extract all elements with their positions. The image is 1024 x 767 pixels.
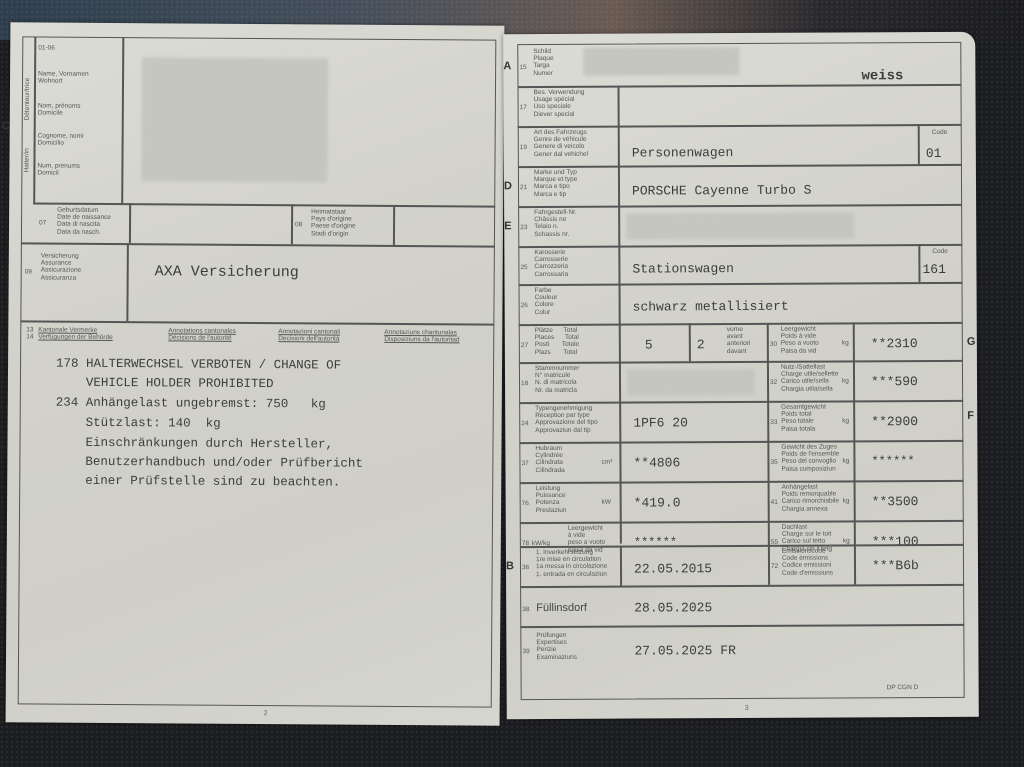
annotation-line: 234 Anhängelast ungebremst: 750 kg: [56, 396, 326, 412]
empty-weight-labels: Leergewicht Poids à vide Peso a vuoto Pa…: [781, 326, 819, 355]
vehicle-type-code: 19: [520, 144, 527, 151]
towing-load-labels: Anhängelast Poids remorquable Carico rim…: [782, 483, 840, 512]
total-weight-value: **2900: [871, 414, 918, 429]
marker-b: B: [506, 560, 514, 572]
body-code-value: 161: [922, 262, 945, 277]
special-use-code: 17: [520, 104, 527, 111]
footer-code: DP CGN D: [887, 684, 919, 691]
body-code-label: Code: [932, 248, 948, 255]
payload-code: 32: [770, 379, 777, 386]
type-approval-labels: Typengenehmigung Réception par type Appr…: [535, 405, 598, 434]
divider: [393, 205, 395, 245]
displacement-unit: cm³: [601, 459, 612, 466]
holder-label-rm: Num, prenums Domicil: [37, 162, 80, 177]
holder-label-fr: Nom, prénoms Domicile: [38, 102, 81, 117]
power-unit: kW: [602, 499, 611, 506]
divider: [918, 124, 920, 164]
page-number-left: 2: [264, 710, 268, 717]
total-weight-code: 33: [770, 419, 777, 426]
power-weight-value: ******: [634, 535, 677, 549]
empty-weight-code: 30: [770, 341, 777, 348]
make-model-code: 21: [520, 184, 527, 191]
annotations-header-de: Kantonale Vermerke Verfügungen der Behör…: [38, 326, 113, 341]
power-value: *419.0: [634, 495, 681, 510]
divider: [620, 546, 622, 586]
color-value: schwarz metallisiert: [633, 299, 789, 315]
divider: [918, 244, 920, 282]
annotation-line: Einschränkungen durch Hersteller,: [55, 436, 333, 452]
vehicle-type-labels: Art des Fahrzeugs Genre de véhicule Gene…: [534, 129, 588, 158]
holder-vertical-label: Halter/in: [23, 148, 30, 172]
annotation-line: einer Prüfstelle sind zu beachten.: [55, 474, 340, 490]
inspections-value: 27.05.2025 FR: [634, 643, 735, 659]
chassis-labels: Fahrgestell-Nr. Châssis no Telaio n. Sch…: [534, 209, 577, 238]
emission-code-labels: Emissionscode Code émissions Codice emis…: [782, 548, 833, 577]
first-registration-value: 22.05.2015: [634, 561, 712, 576]
payload-value: ***590: [871, 374, 918, 389]
type-approval-code: 24: [521, 420, 528, 427]
inspections-labels: Prüfungen Expertises Perizie Examinaziun…: [536, 632, 577, 661]
divider: [291, 204, 293, 244]
master-number-redacted: [627, 369, 755, 396]
empty-weight-unit: kg: [842, 339, 849, 346]
body-code: 25: [520, 264, 527, 271]
marker-g: G: [967, 336, 976, 348]
holder-label-de: Name, Vornamen Wohnort: [38, 70, 89, 85]
displacement-value: **4806: [633, 455, 680, 470]
payload-labels: Nutz-/Sattellast Charge utile/sellette C…: [781, 363, 839, 392]
power-code: 76: [522, 500, 529, 507]
origin-labels: Heimatstaat Pays d'origine Paese d'origi…: [311, 208, 356, 237]
body-labels: Karosserie Carrosserie Carrozzeria Carro…: [534, 249, 568, 278]
annotation-line: VEHICLE HOLDER PROHIBITED: [56, 376, 274, 392]
holder-label-it: Cognome, nomi Domicilio: [38, 132, 84, 147]
combination-weight-labels: Gewicht des Zuges Poids de l'ensemble Pe…: [781, 443, 839, 472]
side-marker-c: C: [2, 120, 10, 132]
body-value: Stationswagen: [632, 261, 733, 277]
origin-code: 08: [295, 221, 302, 228]
power-labels: Leistung Puissance Potenza Prestaziun: [536, 485, 567, 514]
type-approval-value: 1PF6 20: [633, 415, 688, 430]
plate-number-redacted: [583, 47, 739, 76]
annotation-line: 178 HALTERWECHSEL VERBOTEN / CHANGE OF: [56, 357, 341, 373]
master-number-code: 18: [521, 380, 528, 387]
roof-load-value: ***100: [872, 534, 919, 549]
divider: [689, 323, 691, 361]
annotation-line: Stützlast: 140 kg: [56, 416, 221, 431]
issue-place: Füllinsdorf: [536, 602, 587, 614]
displacement-labels: Hubraum Cylindrée Cilindrata Cilindrada: [535, 445, 564, 474]
vehicle-type-value: Personenwagen: [632, 145, 733, 161]
special-use-labels: Bes. Verwendung Usage spécial Uso specia…: [533, 89, 584, 118]
displacement-code: 37: [521, 460, 528, 467]
holder-name-redacted: [141, 57, 328, 182]
first-registration-labels: 1. Inverkehrsetzung 1re mise en circulat…: [536, 549, 607, 578]
chassis-code: 23: [520, 224, 527, 231]
page-number-right: 3: [745, 705, 749, 712]
seats-labels: Plätze Total Places Total Posti Totale P…: [535, 327, 579, 356]
roof-load-unit: kg: [843, 537, 850, 544]
combination-weight-value: ******: [871, 454, 914, 468]
inspections-code: 39: [522, 648, 529, 655]
towing-load-code: 41: [771, 499, 778, 506]
issue-place-code: 38: [522, 606, 529, 613]
annotations-header-rm: Annotaziuns chantunalas Disposiziuns da …: [384, 329, 459, 344]
total-weight-labels: Gesamtgewicht Poids total Peso totale Pa…: [781, 404, 826, 433]
plate-color: weiss: [861, 68, 903, 84]
insurance-labels: Versicherung Assurance Assicurazione Ass…: [41, 253, 82, 282]
emission-code-value: ***B6b: [872, 558, 919, 573]
issue-date-value: 28.05.2025: [634, 600, 712, 615]
seats-code: 27: [521, 342, 528, 349]
combination-weight-unit: kg: [842, 457, 849, 464]
payload-unit: kg: [842, 377, 849, 384]
plate-labels: Schild Plaque Targa Numer: [533, 48, 553, 77]
left-page: C Halter/in Détenteur/trice 01-06 Name, …: [6, 22, 505, 725]
make-model-labels: Marke und Typ Marque et type Marca e tip…: [534, 169, 578, 198]
divider: [129, 203, 131, 243]
birth-date-code: 07: [39, 219, 46, 226]
master-number-labels: Stammnummer N° matricule N. di matricola…: [535, 365, 580, 394]
seats-front-value: 2: [697, 337, 705, 352]
annotation-line: Benutzerhandbuch und/oder Prüfbericht: [55, 455, 363, 471]
insurance-value: AXA Versicherung: [155, 263, 299, 281]
annotations-header-fr: Annotations cantonales Décisions de l'au…: [168, 327, 236, 342]
color-code: 26: [521, 302, 528, 309]
towing-load-unit: kg: [843, 497, 850, 504]
insurance-code: 09: [25, 268, 32, 275]
combination-weight-code: 35: [770, 459, 777, 466]
marker-f: F: [967, 410, 974, 422]
towing-load-value: **3500: [872, 494, 919, 509]
holder-vertical-label: Détenteur/trice: [24, 78, 31, 121]
vehicle-type-code-value: 01: [926, 146, 942, 161]
make-model-value: PORSCHE Cayenne Turbo S: [632, 183, 812, 199]
seats-total-value: 5: [645, 337, 653, 352]
annotations-codes: 13 14: [26, 326, 33, 340]
empty-weight-value: **2310: [871, 336, 918, 351]
first-registration-code: 36: [522, 564, 529, 571]
vehicle-type-code-label: Code: [932, 129, 948, 136]
total-weight-unit: kg: [842, 417, 849, 424]
annotations-header-it: Annotazioni cantonali Decisioni dell'aut…: [278, 328, 340, 343]
marker-d: D: [504, 180, 512, 192]
marker-a: A: [503, 60, 511, 72]
marker-e: E: [504, 220, 511, 232]
holder-code: 01-06: [38, 44, 55, 51]
color-labels: Farbe Couleur Colore Colur: [535, 287, 558, 316]
birth-date-labels: Geburtsdatum Date de naissance Data di n…: [57, 207, 111, 236]
chassis-number-redacted: [626, 212, 854, 239]
right-page: A 15 Schild Plaque Targa Numer weiss 17 …: [503, 32, 979, 719]
seats-front-labels: vorne avant anteriori davant: [727, 326, 751, 355]
plate-code: 15: [519, 64, 526, 71]
emission-code-code: 72: [771, 563, 778, 570]
